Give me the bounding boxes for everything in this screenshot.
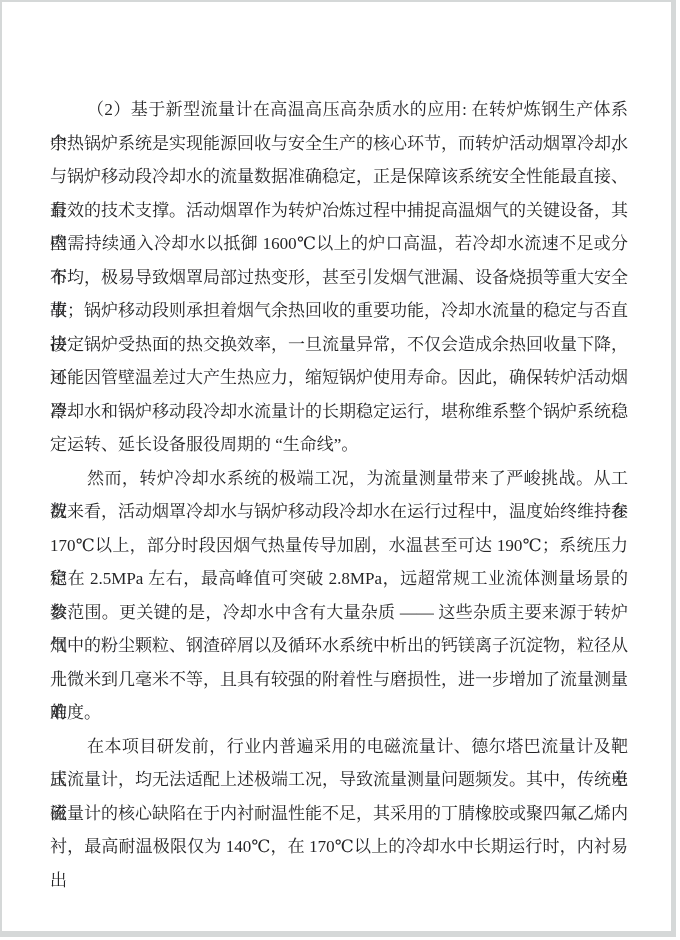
text-line: （2）基于新型流量计在高温高压高杂质水的应用: 在转炉炼钢生产体系中， (50, 93, 628, 127)
text-line: 可能因管壁温差过大产生热应力，缩短锅炉使用寿命。因此，确保转炉活动烟罩 (50, 361, 628, 395)
text-line: 壁需持续通入冷却水以抵御 1600℃以上的炉口高温，若冷却水流速不足或分布 (50, 227, 628, 261)
text-line: 十微米到几毫米不等，且具有较强的附着性与磨损性，进一步增加了流量测量的 (50, 663, 628, 697)
text-line: 气中的粉尘颗粒、钢渣碎屑以及循环水系统中析出的钙镁离子沉淀物，粒径从几 (50, 629, 628, 663)
text-line: 定在 2.5MPa 左右，最高峰值可突破 2.8MPa，远超常规工业流体测量场景… (50, 562, 628, 596)
text-line: 有效的技术支撑。活动烟罩作为转炉冶炼过程中捕捉高温烟气的关键设备，其内 (50, 194, 628, 228)
text-line: 数范围。更关键的是，冷却水中含有大量杂质 —— 这些杂质主要来源于转炉烟 (50, 596, 628, 630)
text-line: 故；锅炉移动段则承担着烟气余热回收的重要功能，冷却水流量的稳定与否直接 (50, 294, 628, 328)
text-line: 不均，极易导致烟罩局部过热变形，甚至引发烟气泄漏、设备烧损等重大安全事 (50, 261, 628, 295)
document-text-body: （2）基于新型流量计在高温高压高杂质水的应用: 在转炉炼钢生产体系中，余热锅炉系… (50, 93, 628, 864)
text-line: 难度。 (50, 696, 628, 730)
text-line: 冷却水和锅炉移动段冷却水流量计的长期稳定运行，堪称维系整个锅炉系统稳 (50, 395, 628, 429)
text-line: 在本项目研发前，行业内普遍采用的电磁流量计、德尔塔巴流量计及靶式差 (50, 730, 628, 764)
text-line: 定运转、延长设备服役周期的 “生命线”。 (50, 428, 628, 462)
text-line: 然而，转炉冷却水系统的极端工况，为流量测量带来了严峻挑战。从工况参 (50, 462, 628, 496)
text-line: 衬，最高耐温极限仅为 140℃，在 170℃以上的冷却水中长期运行时，内衬易出 (50, 830, 628, 864)
document-canvas: （2）基于新型流量计在高温高压高杂质水的应用: 在转炉炼钢生产体系中，余热锅炉系… (0, 0, 680, 940)
document-page: （2）基于新型流量计在高温高压高杂质水的应用: 在转炉炼钢生产体系中，余热锅炉系… (0, 0, 676, 937)
text-line: 与锅炉移动段冷却水的流量数据准确稳定，正是保障该系统安全性能最直接、最 (50, 160, 628, 194)
text-line: 数来看，活动烟罩冷却水与锅炉移动段冷却水在运行过程中，温度始终维持在 (50, 495, 628, 529)
text-line: 决定锅炉受热面的热交换效率，一旦流量异常，不仅会造成余热回收量下降，还 (50, 328, 628, 362)
text-line: 流量计的核心缺陷在于内衬耐温性能不足，其采用的丁腈橡胶或聚四氟乙烯内 (50, 797, 628, 831)
text-line: 压流量计，均无法适配上述极端工况，导致流量测量问题频发。其中，传统电磁 (50, 763, 628, 797)
text-line: 余热锅炉系统是实现能源回收与安全生产的核心环节，而转炉活动烟罩冷却水 (50, 127, 628, 161)
text-line: 170℃以上，部分时段因烟气热量传导加剧，水温甚至可达 190℃；系统压力稳 (50, 529, 628, 563)
